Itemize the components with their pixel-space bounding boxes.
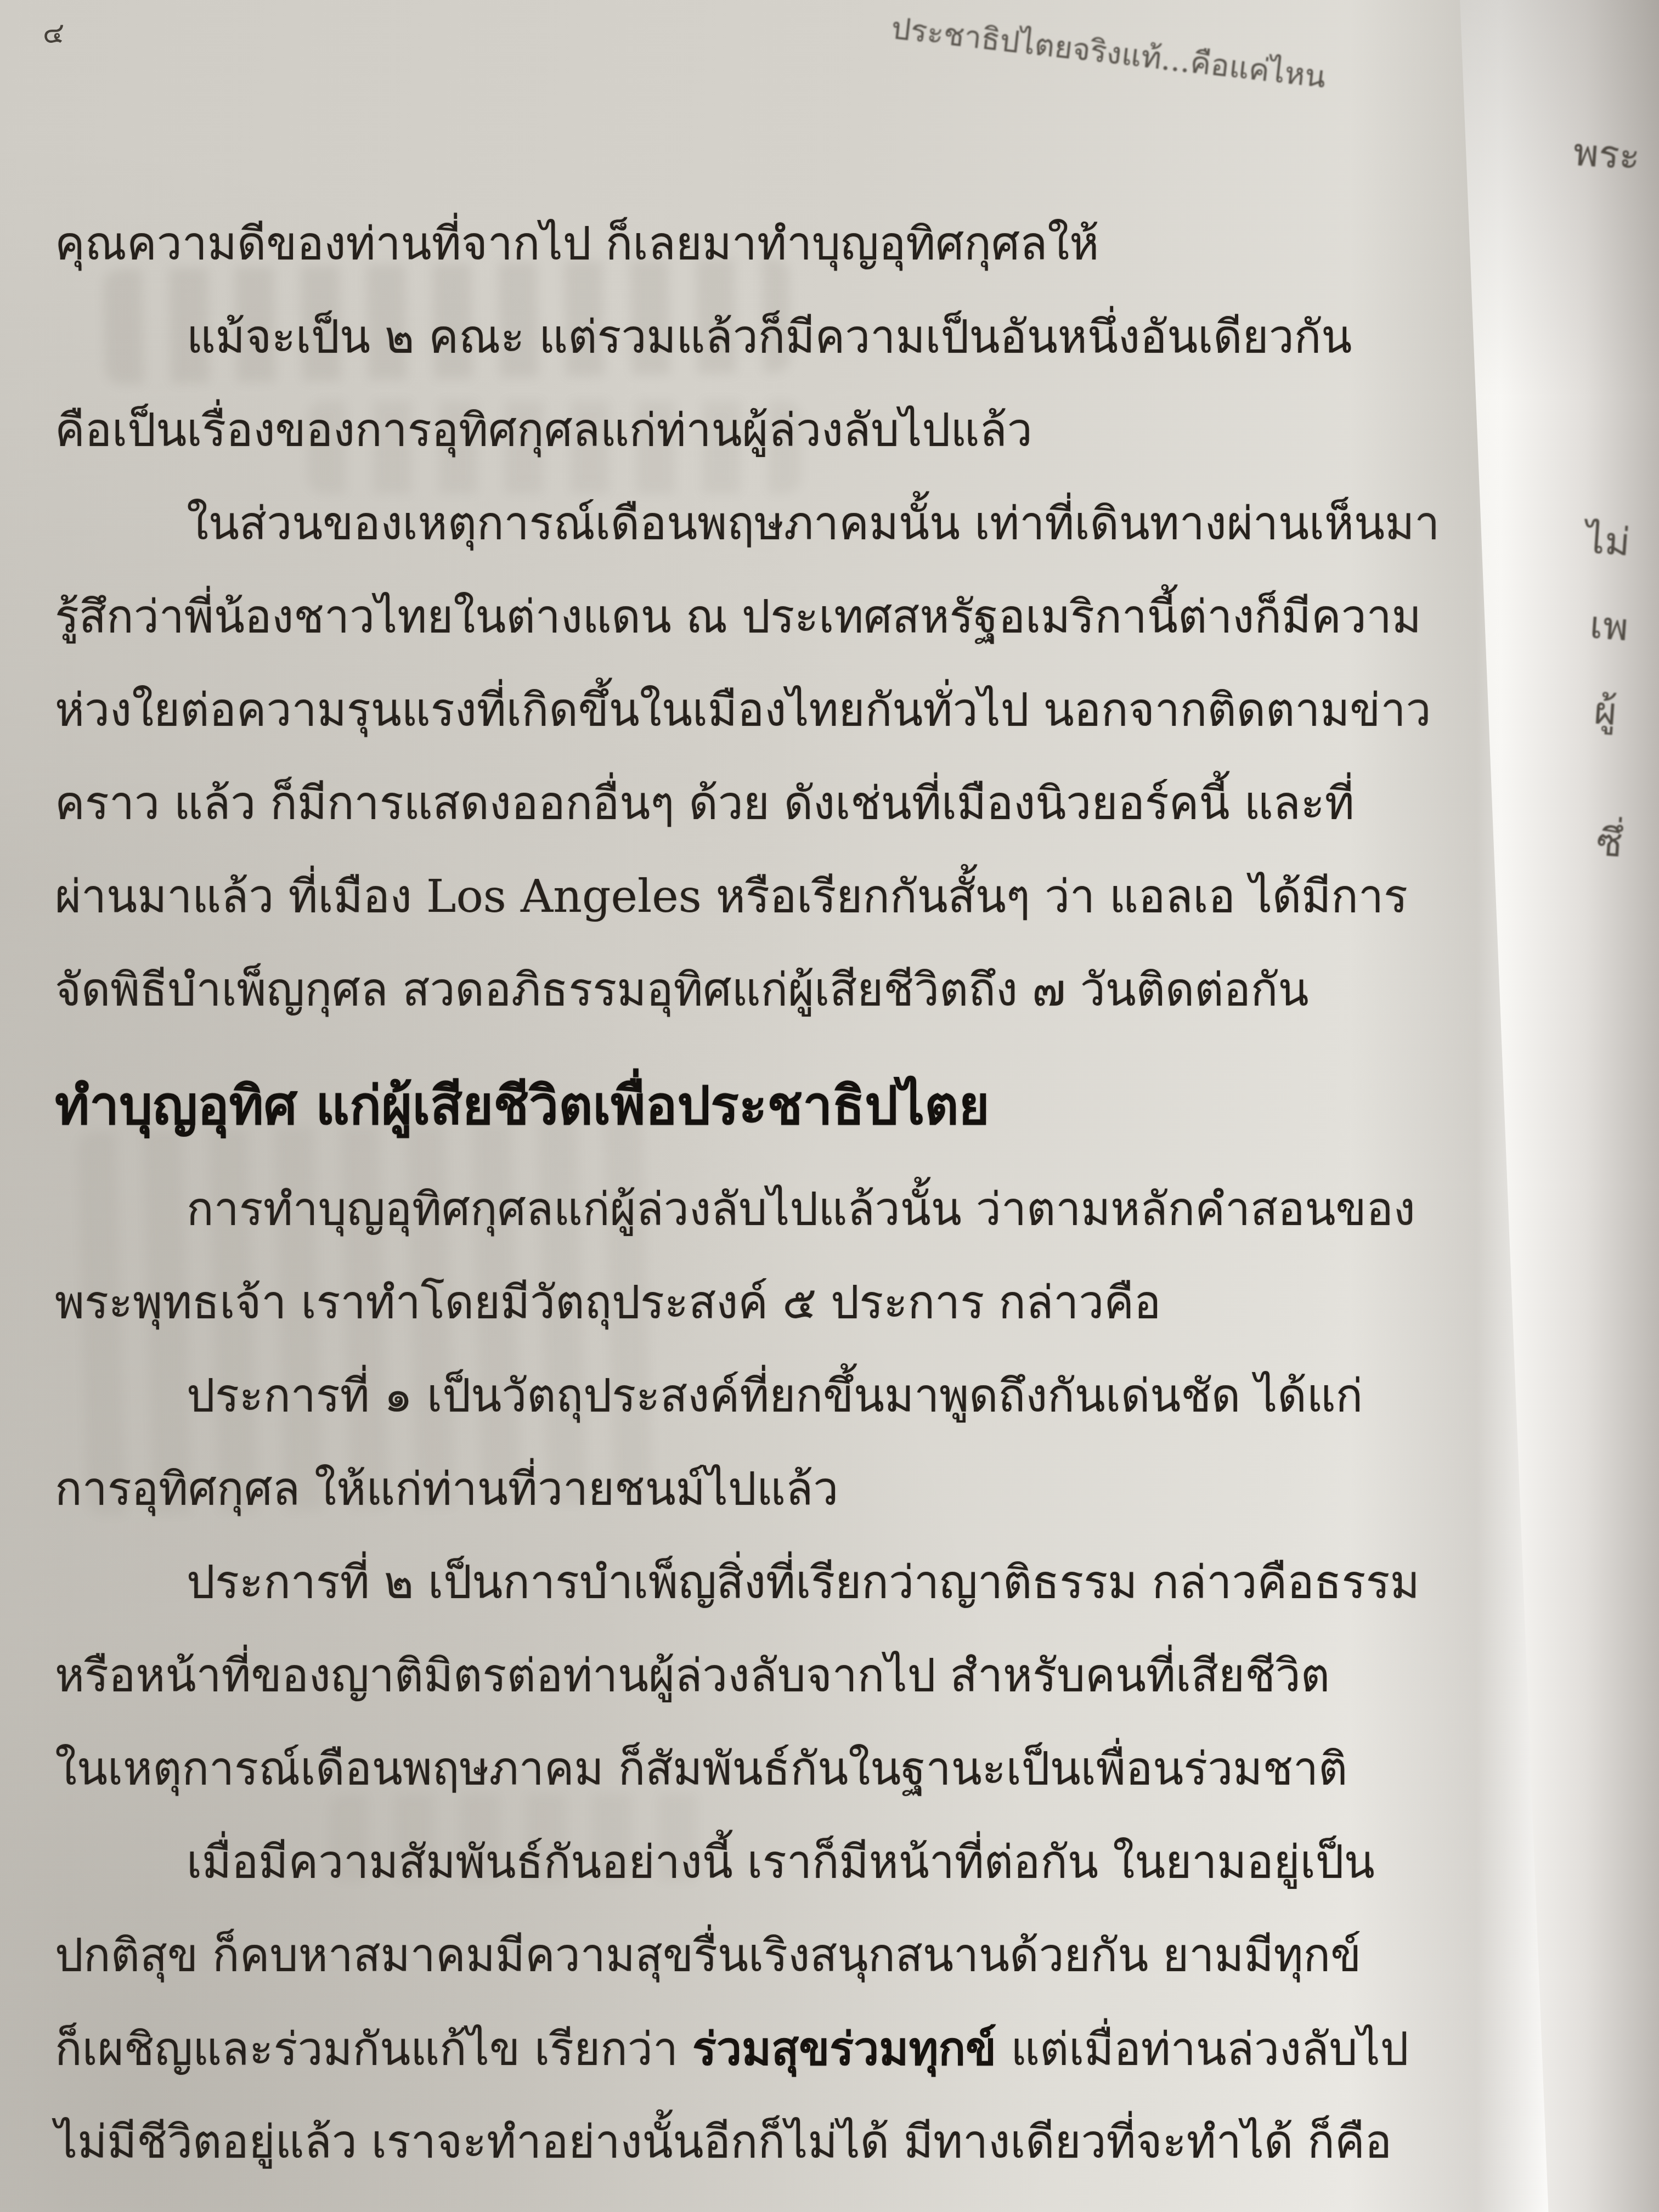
facing-page-fragment: เพ: [1588, 594, 1630, 658]
body-line: หรือหน้าที่ของญาติมิตรต่อท่านผู้ล่วงลับจ…: [55, 1629, 1503, 1723]
section-heading: ทำบุญอุทิศ แก่ผู้เสียชีวิตเพื่อประชาธิปไ…: [55, 1053, 1503, 1158]
body-line: ปกติสุข ก็คบหาสมาคมมีความสุขรื่นเริงสนุก…: [55, 1909, 1503, 2002]
body-line: พระพุทธเจ้า เราทำโดยมีวัตถุประสงค์ ๕ ประ…: [55, 1256, 1503, 1350]
body-line: ก็เผชิญและร่วมกันแก้ไข เรียกว่า ร่วมสุขร…: [55, 2002, 1503, 2096]
body-line: คราว แล้ว ก็มีการแสดงออกอื่นๆ ด้วย ดังเช…: [55, 757, 1503, 850]
line-text: ปกติสุข ก็คบหาสมาคมมีความสุขรื่นเริงสนุก…: [55, 1929, 1361, 1982]
line-text: แม้จะเป็น ๒ คณะ แต่รวมแล้วก็มีความเป็นอั…: [187, 311, 1352, 363]
line-text: ผ่านมาแล้ว ที่เมือง Los Angeles หรือเรีย…: [55, 871, 1408, 923]
line-text: รู้สึกว่าพี่น้องชาวไทยในต่างแดน ณ ประเทศ…: [55, 591, 1421, 643]
line-text: จัดพิธีบำเพ็ญกุศล สวดอภิธรรมอุทิศแก่ผู้เ…: [55, 964, 1309, 1016]
line-text: การทำบุญอุทิศกุศลแก่ผู้ล่วงลับไปแล้วนั้น…: [187, 1183, 1415, 1235]
book-page: ๔ ประชาธิปไตยจริงแท้...คือแค่ไหน คุณความ…: [0, 0, 1580, 2212]
body-line: ไม่มีชีวิตอยู่แล้ว เราจะทำอย่างนั้นอีกก็…: [55, 2096, 1503, 2189]
facing-page-fragment: ไม่: [1583, 509, 1632, 572]
line-text: เมื่อมีความสัมพันธ์กันอย่างนี้ เราก็มีหน…: [187, 1836, 1375, 1888]
line-text: แต่เมื่อท่านล่วงลับไป: [996, 2023, 1409, 2075]
body-line: ห่วงใยต่อความรุนแรงที่เกิดขึ้นในเมืองไทย…: [55, 664, 1503, 757]
line-text: ในส่วนของเหตุการณ์เดือนพฤษภาคมนั้น เท่าท…: [187, 498, 1440, 550]
body-line: รู้สึกว่าพี่น้องชาวไทยในต่างแดน ณ ประเทศ…: [55, 571, 1503, 664]
line-text: ไม่มีชีวิตอยู่แล้ว เราจะทำอย่างนั้นอีกก็…: [55, 2116, 1392, 2168]
line-text: คุณความดีของท่านที่จากไป ก็เลยมาทำบุญอุท…: [55, 218, 1099, 270]
body-line: ในส่วนของเหตุการณ์เดือนพฤษภาคมนั้น เท่าท…: [55, 477, 1503, 571]
body-line: ประการที่ ๑ เป็นวัตถุประสงค์ที่ยกขึ้นมาพ…: [55, 1350, 1503, 1443]
line-text: คราว แล้ว ก็มีการแสดงออกอื่นๆ ด้วย ดังเช…: [55, 777, 1355, 830]
book-photo: พระ ไม่ เพ ผู้ ซึ่ ๔ ประชาธิปไตยจริงแท้.…: [0, 0, 1659, 2212]
body-line: ผ่านมาแล้ว ที่เมือง Los Angeles หรือเรีย…: [55, 850, 1503, 944]
body-line: ในเหตุการณ์เดือนพฤษภาคม ก็สัมพันธ์กันในฐ…: [55, 1723, 1503, 1816]
body-line: จัดพิธีบำเพ็ญกุศล สวดอภิธรรมอุทิศแก่ผู้เ…: [55, 944, 1503, 1037]
body-line: ประการที่ ๒ เป็นการบำเพ็ญสิ่งที่เรียกว่า…: [55, 1536, 1503, 1629]
body-line: คือเป็นเรื่องของการอุทิศกุศลแก่ท่านผู้ล่…: [55, 384, 1503, 477]
bold-phrase: ร่วมสุขร่วมทุกข์: [692, 2023, 996, 2075]
body-line: การทำบุญอุทิศกุศลแก่ผู้ล่วงลับไปแล้วนั้น…: [55, 1163, 1503, 1256]
page-number: ๔: [43, 10, 64, 55]
line-text: การอุทิศกุศล ให้แก่ท่านที่วายชนม์ไปแล้ว: [55, 1463, 838, 1515]
line-text: ก็เผชิญและร่วมกันแก้ไข เรียกว่า: [55, 2023, 692, 2075]
facing-page-fragment: ผู้: [1592, 680, 1619, 742]
line-text: ประการที่ ๑ เป็นวัตถุประสงค์ที่ยกขึ้นมาพ…: [187, 1370, 1363, 1422]
line-text: คือเป็นเรื่องของการอุทิศกุศลแก่ท่านผู้ล่…: [55, 404, 1032, 456]
body-line: เมื่อมีความสัมพันธ์กันอย่างนี้ เราก็มีหน…: [55, 1816, 1503, 1909]
line-text: หรือหน้าที่ของญาติมิตรต่อท่านผู้ล่วงลับจ…: [55, 1650, 1330, 1702]
body-line: การอุทิศกุศล ให้แก่ท่านที่วายชนม์ไปแล้ว: [55, 1443, 1503, 1536]
body-line: แม้จะเป็น ๒ คณะ แต่รวมแล้วก็มีความเป็นอั…: [55, 291, 1503, 384]
line-text: ในเหตุการณ์เดือนพฤษภาคม ก็สัมพันธ์กันในฐ…: [55, 1743, 1347, 1795]
line-text: พระพุทธเจ้า เราทำโดยมีวัตถุประสงค์ ๕ ประ…: [55, 1277, 1161, 1329]
running-header: ประชาธิปไตยจริงแท้...คือแค่ไหน: [889, 3, 1329, 101]
line-text: ประการที่ ๒ เป็นการบำเพ็ญสิ่งที่เรียกว่า…: [187, 1556, 1420, 1609]
body-text-column: คุณความดีของท่านที่จากไป ก็เลยมาทำบุญอุท…: [55, 198, 1503, 2189]
body-line: คุณความดีของท่านที่จากไป ก็เลยมาทำบุญอุท…: [55, 198, 1503, 291]
line-text: ห่วงใยต่อความรุนแรงที่เกิดขึ้นในเมืองไทย…: [55, 684, 1431, 736]
facing-page-header-fragment: พระ: [1571, 121, 1642, 187]
facing-page-fragment: ซึ่: [1594, 811, 1624, 873]
